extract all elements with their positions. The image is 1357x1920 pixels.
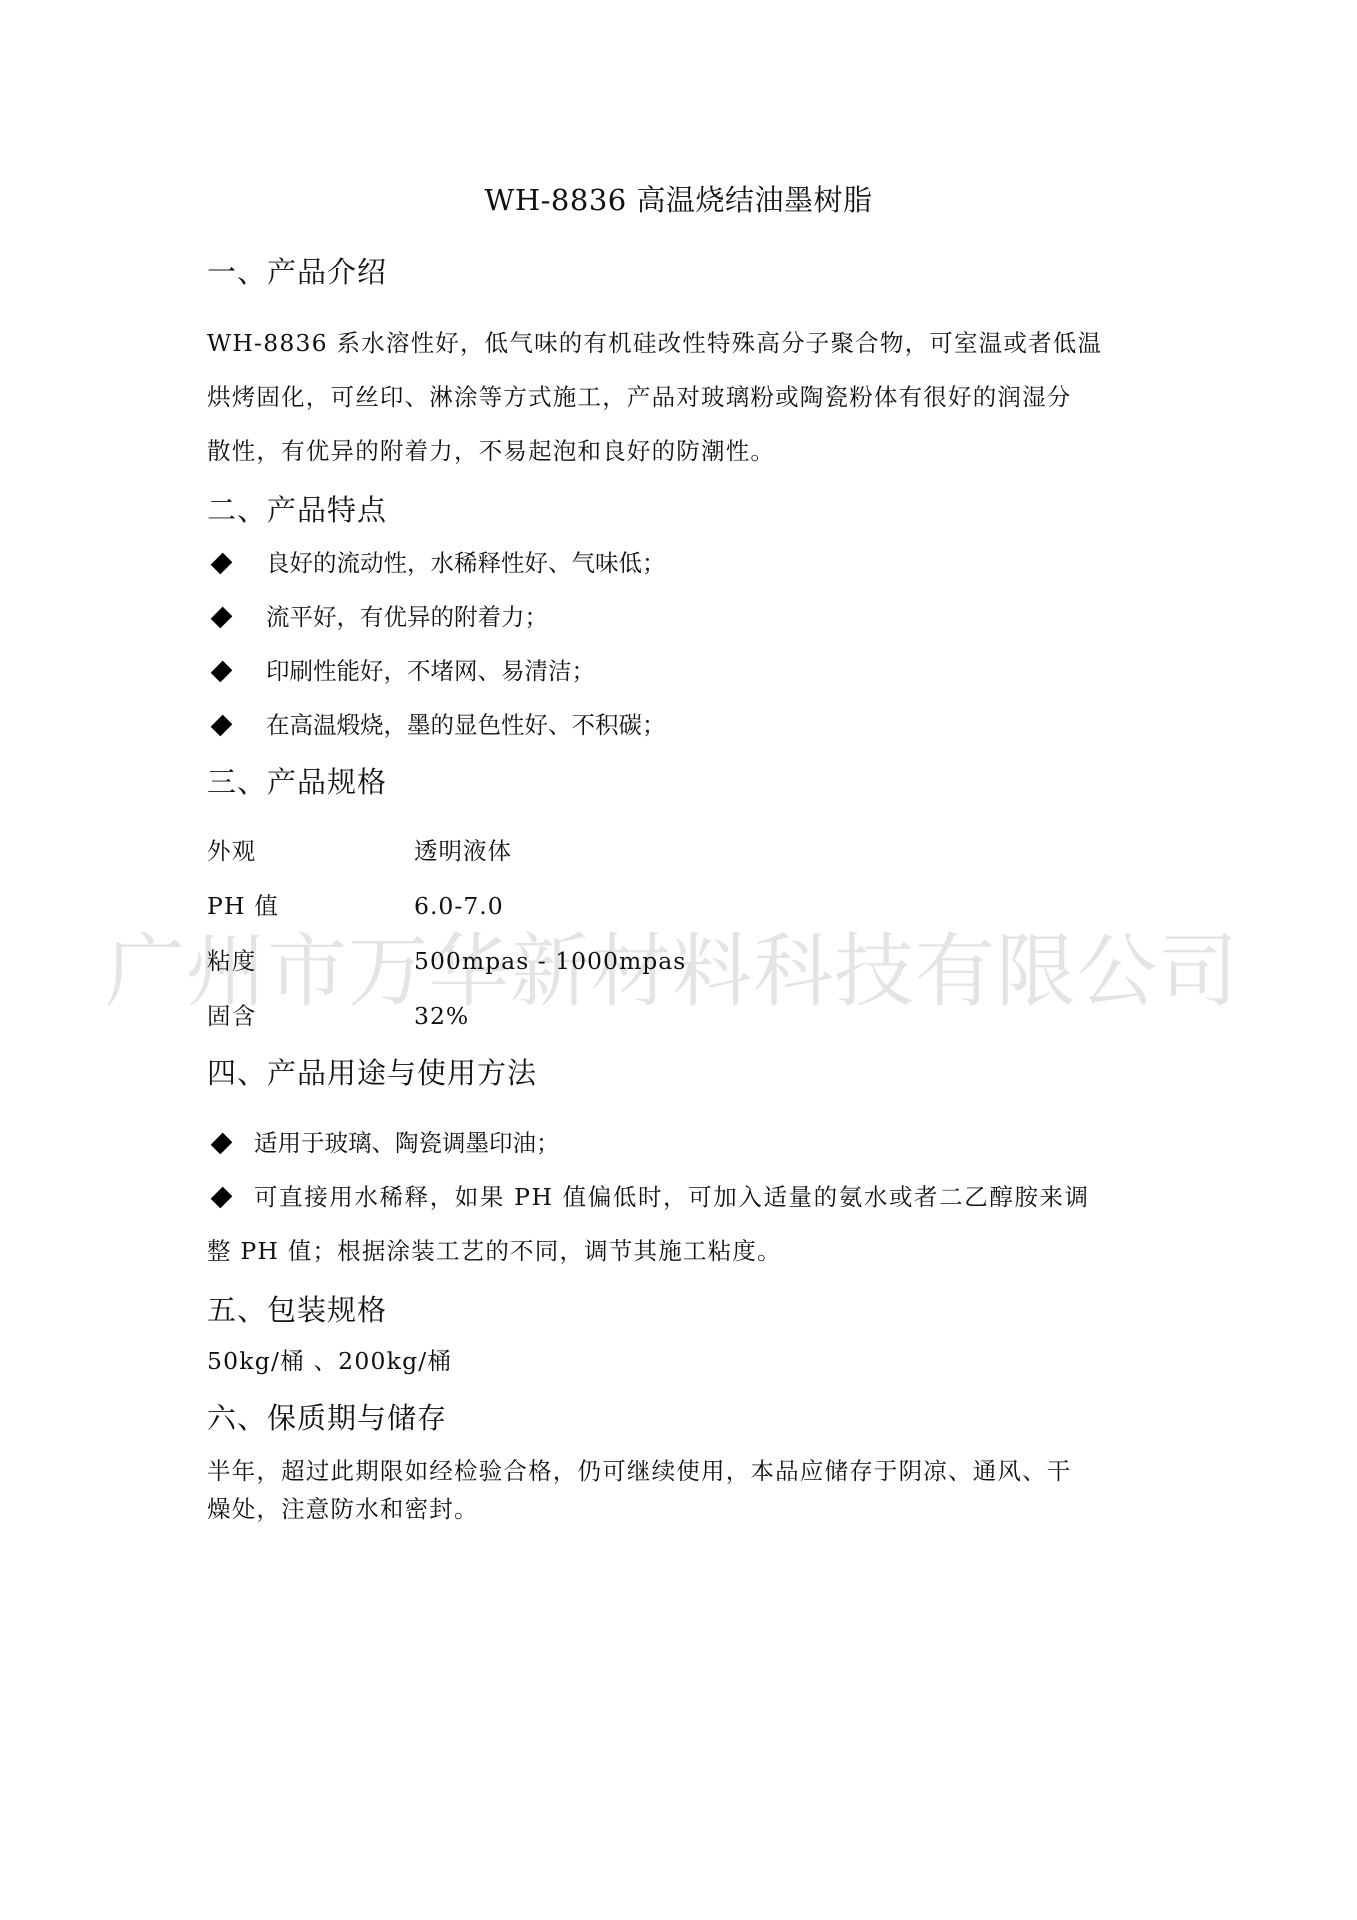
spec-value: 透明液体 xyxy=(414,834,512,868)
spec-label: PH 值 xyxy=(207,889,279,923)
feature-item: 良好的流动性，水稀释性好、气味低； xyxy=(207,546,666,580)
diamond-bullet-icon xyxy=(211,660,233,682)
diamond-bullet-icon xyxy=(211,1186,233,1208)
storage-line: 半年，超过此期限如经检验合格，仍可继续使用，本品应储存于阴凉、通风、干 xyxy=(207,1454,1072,1488)
usage-text: 适用于玻璃、陶瓷调墨印油； xyxy=(254,1126,560,1160)
usage-item: 适用于玻璃、陶瓷调墨印油； xyxy=(207,1126,560,1160)
spec-label: 粘度 xyxy=(207,944,256,978)
section-heading-storage: 六、保质期与储存 xyxy=(207,1398,447,1438)
packaging-text: 50kg/桶 、200kg/桶 xyxy=(207,1344,452,1378)
section-heading-intro: 一、产品介绍 xyxy=(207,252,387,292)
spec-label: 外观 xyxy=(207,834,256,868)
usage-continuation: 整 PH 值；根据涂装工艺的不同，调节其施工粘度。 xyxy=(207,1234,782,1268)
feature-text: 流平好，有优异的附着力； xyxy=(266,600,548,634)
section-heading-features: 二、产品特点 xyxy=(207,490,387,530)
section-heading-specs: 三、产品规格 xyxy=(207,762,387,802)
feature-text: 良好的流动性，水稀释性好、气味低； xyxy=(266,546,666,580)
feature-item: 印刷性能好，不堵网、易清洁； xyxy=(207,654,595,688)
storage-line: 燥处，注意防水和密封。 xyxy=(207,1492,479,1526)
spec-value: 500mpas - 1000mpas xyxy=(414,944,686,978)
diamond-bullet-icon xyxy=(211,606,233,628)
feature-item: 在高温煅烧，墨的显色性好、不积碳； xyxy=(207,708,666,742)
feature-text: 在高温煅烧，墨的显色性好、不积碳； xyxy=(266,708,666,742)
feature-text: 印刷性能好，不堵网、易清洁； xyxy=(266,654,595,688)
spec-value: 32% xyxy=(414,999,469,1033)
spec-value: 6.0-7.0 xyxy=(414,889,504,923)
spec-label: 固含 xyxy=(207,999,256,1033)
section-heading-packaging: 五、包装规格 xyxy=(207,1290,387,1330)
diamond-bullet-icon xyxy=(211,1132,233,1154)
document-title: WH-8836 高温烧结油墨树脂 xyxy=(0,180,1357,220)
section-heading-usage: 四、产品用途与使用方法 xyxy=(207,1053,537,1093)
intro-line: 烘烤固化，可丝印、淋涂等方式施工，产品对玻璃粉或陶瓷粉体有很好的润湿分 xyxy=(207,380,1072,414)
usage-text: 可直接用水稀释，如果 PH 值偏低时，可加入适量的氨水或者二乙醇胺来调 xyxy=(254,1180,1090,1214)
document-page: 广州市万华新材料科技有限公司 WH-8836 高温烧结油墨树脂 一、产品介绍 W… xyxy=(0,0,1357,1920)
diamond-bullet-icon xyxy=(211,714,233,736)
intro-line: WH-8836 系水溶性好，低气味的有机硅改性特殊高分子聚合物，可室温或者低温 xyxy=(207,326,1102,360)
diamond-bullet-icon xyxy=(211,552,233,574)
usage-item: 可直接用水稀释，如果 PH 值偏低时，可加入适量的氨水或者二乙醇胺来调 xyxy=(207,1180,1090,1214)
intro-line: 散性，有优异的附着力，不易起泡和良好的防潮性。 xyxy=(207,434,775,468)
feature-item: 流平好，有优异的附着力； xyxy=(207,600,548,634)
